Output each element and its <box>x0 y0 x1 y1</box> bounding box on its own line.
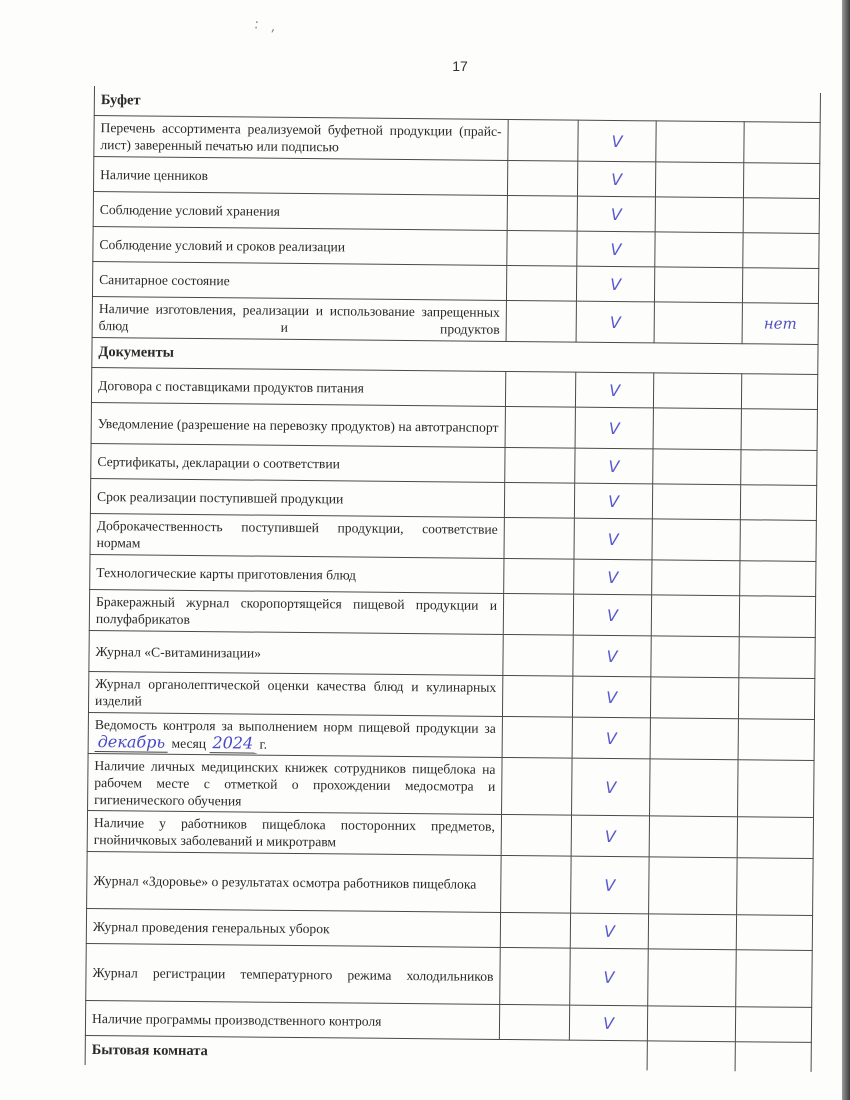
table-row: Уведомление (разрешение на перевозку про… <box>91 402 817 450</box>
blank-cell <box>650 759 739 817</box>
blank-cell <box>647 1006 735 1042</box>
blank-cell <box>502 716 572 758</box>
criterion-text: Наличие у работников пищеблока посторонн… <box>87 810 501 855</box>
blank-cell <box>650 718 738 760</box>
blank-cell <box>506 300 576 342</box>
criterion-text: Журнал регистрации температурного режима… <box>86 943 501 1004</box>
checklist-sheet: Буфет Перечень ассортимента реализуемой … <box>85 86 820 1072</box>
check-mark[interactable]: V <box>574 483 652 519</box>
note-cell[interactable] <box>739 596 815 638</box>
note-cell[interactable] <box>744 122 820 164</box>
blank-cell <box>650 677 738 719</box>
check-mark[interactable]: V <box>571 815 649 857</box>
criterion-text-monthly-report: Ведомость контроля за выполнением норм п… <box>88 712 502 757</box>
blank-cell <box>504 558 574 594</box>
check-mark[interactable]: V <box>573 635 651 677</box>
criterion-text: Перечень ассортимента реализуемой буфетн… <box>94 116 508 161</box>
table-row: Журнал органолептической оценки качества… <box>88 671 814 719</box>
blank-cell <box>655 162 743 198</box>
table-row: Наличие личных медицинских книжек сотруд… <box>88 753 815 817</box>
stray-pen-marks: : , <box>253 16 281 35</box>
table-row: Журнал «Здоровье» о результатах осмотра … <box>87 851 814 915</box>
note-cell[interactable]: нет <box>742 303 818 345</box>
note-cell[interactable] <box>739 637 815 679</box>
blank-cell <box>502 757 573 815</box>
check-mark[interactable]: V <box>577 196 655 232</box>
year-field[interactable]: 2024 <box>209 733 256 753</box>
blank-cell <box>652 519 740 561</box>
blank-cell <box>651 595 739 637</box>
blank-cell <box>648 914 736 950</box>
blank-cell <box>505 447 575 483</box>
criterion-text: Журнал проведения генеральных уборок <box>86 908 500 947</box>
note-cell[interactable] <box>743 163 819 199</box>
blank-cell <box>655 197 743 233</box>
note-cell[interactable] <box>736 915 812 951</box>
note-cell[interactable] <box>740 520 816 562</box>
section-header-utility-room: Бытовая комната <box>85 1035 811 1071</box>
blank-cell <box>654 267 742 303</box>
criterion-text: Доброкачественность поступившей продукци… <box>90 513 504 558</box>
check-mark[interactable]: V <box>577 161 655 197</box>
note-cell[interactable] <box>738 719 814 761</box>
table-row: Ведомость контроля за выполнением норм п… <box>88 712 814 760</box>
criterion-text: Сертификаты, декларации о соответствии <box>91 443 505 482</box>
check-mark[interactable]: V <box>576 266 654 302</box>
month-field[interactable]: декабрь <box>95 732 169 753</box>
blank-cell <box>500 912 570 948</box>
blank-cell <box>505 371 575 407</box>
section-title: Бытовая комната <box>85 1035 647 1070</box>
criterion-text: Наличие ценников <box>93 157 507 196</box>
note-cell[interactable] <box>735 1007 811 1043</box>
criterion-text: Соблюдение условий и сроков реализации <box>93 226 507 265</box>
blank-cell <box>507 160 577 196</box>
table-row: Журнал регистрации температурного режима… <box>86 943 813 1007</box>
criterion-text: Наличие личных медицинских книжек сотруд… <box>88 753 503 814</box>
check-mark[interactable]: V <box>570 913 648 949</box>
note-cell[interactable] <box>740 561 816 597</box>
criterion-text: Бракеражный журнал скоропортящейся пищев… <box>89 589 503 634</box>
criterion-text: Наличие программы производственного конт… <box>85 1000 499 1039</box>
criterion-text: Договора с поставщиками продуктов питани… <box>91 367 505 406</box>
blank-cell <box>652 560 740 596</box>
blank-cell <box>499 1004 569 1040</box>
check-mark[interactable]: V <box>578 120 656 162</box>
note-cell[interactable] <box>743 233 819 269</box>
blank-cell <box>508 119 578 161</box>
table-row: Наличие у работников пищеблока посторонн… <box>87 810 813 858</box>
blank-cell <box>649 857 738 915</box>
criterion-text: Срок реализации поступившей продукции <box>90 478 504 517</box>
note-cell[interactable] <box>741 409 817 451</box>
criterion-text: Технологические карты приготовления блюд <box>90 554 504 593</box>
inspection-checklist-table: Буфет Перечень ассортимента реализуемой … <box>85 86 821 1072</box>
criterion-text: Санитарное состояние <box>92 261 506 300</box>
blank-cell <box>506 265 576 301</box>
blank-cell <box>504 482 574 518</box>
note-cell[interactable] <box>743 198 819 234</box>
criterion-text-mid: месяц <box>171 735 206 750</box>
blank-cell <box>504 517 574 559</box>
criterion-text: Журнал «Здоровье» о результатах осмотра … <box>87 851 502 912</box>
criterion-text: Журнал органолептической оценки качества… <box>88 671 502 716</box>
blank-cell <box>652 484 740 520</box>
blank-cell <box>653 408 741 450</box>
page-number: 17 <box>0 58 850 74</box>
table-row: Бракеражный журнал скоропортящейся пищев… <box>89 589 815 637</box>
blank-cell <box>503 593 573 635</box>
note-cell[interactable] <box>741 374 817 410</box>
blank-cell <box>655 232 743 268</box>
check-mark[interactable]: V <box>572 758 651 816</box>
criterion-text: Соблюдение условий хранения <box>93 191 507 230</box>
blank-cell <box>651 636 739 678</box>
blank-cell <box>653 449 741 485</box>
check-mark[interactable]: V <box>575 448 653 484</box>
criterion-text: Журнал «С-витаминизации» <box>89 630 503 675</box>
blank-cell <box>505 406 575 448</box>
blank-cell <box>656 121 744 163</box>
table-row: Перечень ассортимента реализуемой буфетн… <box>94 116 820 164</box>
note-cell[interactable] <box>737 858 814 916</box>
criterion-text-suffix: г. <box>260 736 268 751</box>
blank-cell <box>501 814 571 856</box>
check-mark[interactable]: V <box>569 1005 647 1041</box>
check-mark[interactable]: V <box>574 559 652 595</box>
check-mark[interactable]: V <box>575 407 653 449</box>
blank-cell <box>500 947 571 1005</box>
table-row: Наличие изготовления, реализации и испол… <box>92 296 818 344</box>
note-cell[interactable] <box>737 817 813 859</box>
blank-cell <box>501 855 572 913</box>
blank-cell <box>648 949 737 1007</box>
blank-cell <box>735 1042 811 1072</box>
blank-cell <box>503 634 573 676</box>
check-mark[interactable]: V <box>577 231 655 267</box>
note-cell[interactable] <box>738 678 814 720</box>
blank-cell <box>653 373 741 409</box>
check-mark[interactable]: V <box>574 518 652 560</box>
note-cell[interactable] <box>742 268 818 304</box>
check-mark[interactable]: V <box>572 717 650 759</box>
table-row: Журнал «С-витаминизации» V <box>89 630 815 678</box>
blank-cell <box>507 230 577 266</box>
note-cell[interactable] <box>740 485 816 521</box>
check-mark[interactable]: V <box>573 594 651 636</box>
blank-cell <box>507 195 577 231</box>
blank-cell <box>649 816 737 858</box>
check-mark[interactable]: V <box>570 948 649 1006</box>
criterion-text: Уведомление (разрешение на перевозку про… <box>91 402 505 447</box>
note-cell[interactable] <box>736 950 813 1008</box>
note-cell[interactable] <box>738 760 815 818</box>
check-mark[interactable]: V <box>576 301 654 343</box>
table-row: Доброкачественность поступившей продукци… <box>90 513 816 561</box>
note-cell[interactable] <box>741 450 817 486</box>
blank-cell <box>647 1041 735 1071</box>
blank-cell <box>654 302 742 344</box>
blank-cell <box>502 675 572 717</box>
criterion-text: Наличие изготовления, реализации и испол… <box>92 296 506 341</box>
check-mark[interactable]: V <box>572 676 650 718</box>
check-mark[interactable]: V <box>571 856 650 914</box>
scanner-edge <box>842 0 850 1100</box>
check-mark[interactable]: V <box>575 372 653 408</box>
